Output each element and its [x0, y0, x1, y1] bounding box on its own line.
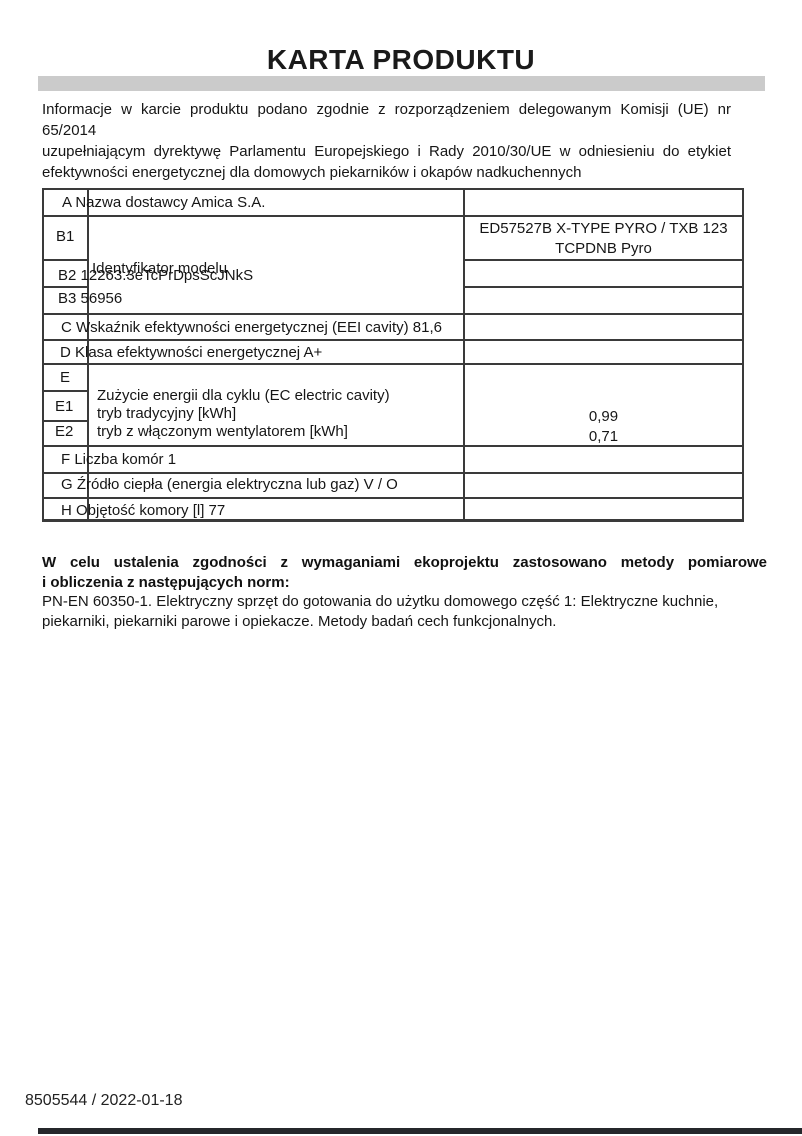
table-grid-line — [42, 339, 744, 341]
row-b3-text: B3 56956 — [58, 290, 122, 307]
methods-heading-line: W celu ustalenia zgodności z wymaganiami… — [42, 553, 767, 573]
table-grid-line — [42, 363, 744, 365]
page-title: KARTA PRODUKTU — [0, 44, 802, 76]
value-e1: 0,99 — [463, 407, 744, 427]
intro-paragraph: Informacje w karcie produktu podano zgod… — [42, 99, 731, 183]
row-a-text: A Nazwa dostawcy Amica S.A. — [62, 194, 265, 211]
document-reference: 8505544 / 2022-01-18 — [25, 1092, 182, 1110]
energy-consumption-title: Zużycie energii dla cyklu (EC electric c… — [97, 387, 390, 404]
title-underline-bar — [38, 76, 765, 91]
product-card-page: KARTA PRODUKTU Informacje w karcie produ… — [0, 0, 802, 1136]
methods-body-line: piekarniki, piekarniki parowe i opiekacz… — [42, 612, 767, 632]
table-grid-line — [463, 286, 744, 288]
row-b1-label: B1 — [56, 228, 74, 245]
row-b1-value: ED57527B X-TYPE PYRO / TXB 123 TCPDNB Py… — [463, 219, 744, 259]
row-d-text: D Klasa efektywności energetycznej A+ — [60, 344, 322, 361]
intro-line: uzupełniającym dyrektywę Parlamentu Euro… — [42, 141, 731, 162]
row-e-label: E — [60, 369, 70, 386]
bottom-bar — [38, 1128, 802, 1134]
intro-line: efektywności energetycznej dla domowych … — [42, 162, 731, 183]
table-grid-line — [42, 313, 744, 315]
energy-mode-fan: tryb z włączonym wentylatorem [kWh] — [97, 423, 348, 440]
methods-heading-line: i obliczenia z następujących norm: — [42, 573, 767, 593]
table-grid-line — [42, 259, 89, 261]
table-grid-line — [42, 472, 744, 474]
table-grid-line — [42, 497, 744, 499]
methods-body: PN-EN 60350-1. Elektryczny sprzęt do got… — [42, 592, 767, 632]
value-e2: 0,71 — [463, 427, 744, 447]
table-grid-line — [42, 188, 744, 190]
row-g-text: G Źródło ciepła (energia elektryczna lub… — [61, 476, 398, 493]
row-h-text: H Objętość komory [l] 77 — [61, 502, 225, 519]
row-e1-label: E1 — [55, 398, 73, 415]
row-c-text: C Wskaźnik efektywności energetycznej (E… — [61, 319, 442, 336]
table-grid-line — [463, 259, 744, 261]
energy-mode-conventional: tryb tradycyjny [kWh] — [97, 405, 236, 422]
row-f-text: F Liczba komór 1 — [61, 451, 176, 468]
table-grid-line — [42, 390, 89, 392]
intro-line: Informacje w karcie produktu podano zgod… — [42, 99, 731, 141]
methods-heading: W celu ustalenia zgodności z wymaganiami… — [42, 553, 767, 593]
table-grid-line — [42, 286, 89, 288]
table-grid-line — [42, 420, 89, 422]
row-e2-label: E2 — [55, 423, 73, 440]
row-b2-text: B2 12263.3eTcPrDpsScJNkS — [58, 267, 253, 284]
methods-body-line: PN-EN 60350-1. Elektryczny sprzęt do got… — [42, 592, 767, 612]
product-table: A Nazwa dostawcy Amica S.A. B1 ED57527B … — [42, 188, 744, 522]
table-grid-line — [42, 519, 744, 522]
table-grid-line — [42, 215, 744, 217]
